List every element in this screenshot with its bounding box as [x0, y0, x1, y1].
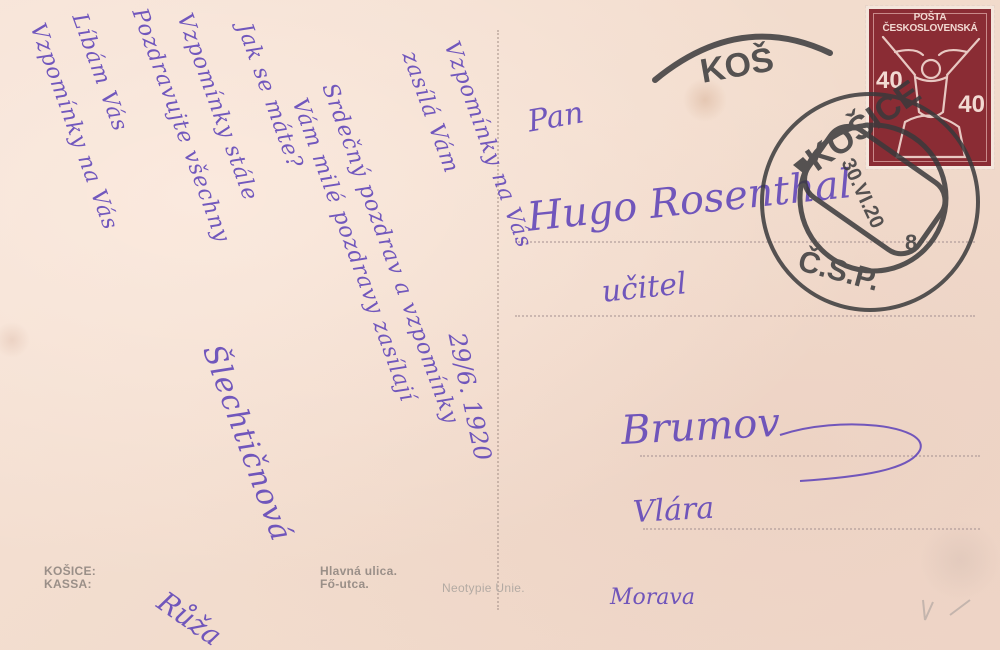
svg-text:8: 8	[905, 230, 917, 255]
address-city: Brumov	[620, 400, 781, 454]
address-region: Vlára	[632, 491, 715, 530]
imprint-street: Hlavná ulica. Fő-utca.	[320, 565, 397, 591]
address-title: učitel	[600, 266, 688, 310]
postmark-main: KOŠICE 30.VI.20 8 Č.S.P.	[745, 80, 995, 330]
center-divider	[497, 30, 499, 610]
imprint-street-hungarian: Fő-utca.	[320, 578, 397, 591]
imprint-publisher: Neotypie Unie.	[442, 582, 525, 595]
message-signature: Růža	[151, 585, 228, 650]
imprint-city-hungarian: KASSA:	[44, 578, 96, 591]
imprint-city: KOŠICE: KASSA:	[44, 565, 96, 591]
postcard-back: KOŠICE: KASSA: Hlavná ulica. Fő-utca. Ne…	[0, 0, 1000, 650]
address-city-flourish	[770, 415, 940, 485]
address-country-region: Morava	[610, 585, 695, 610]
message-line: Šlechtičnová	[195, 340, 299, 546]
address-line-4	[643, 528, 980, 530]
postmark-partial: KOŠ	[645, 15, 845, 85]
address-salutation: Pan	[525, 95, 586, 139]
pencil-mark	[915, 590, 985, 640]
